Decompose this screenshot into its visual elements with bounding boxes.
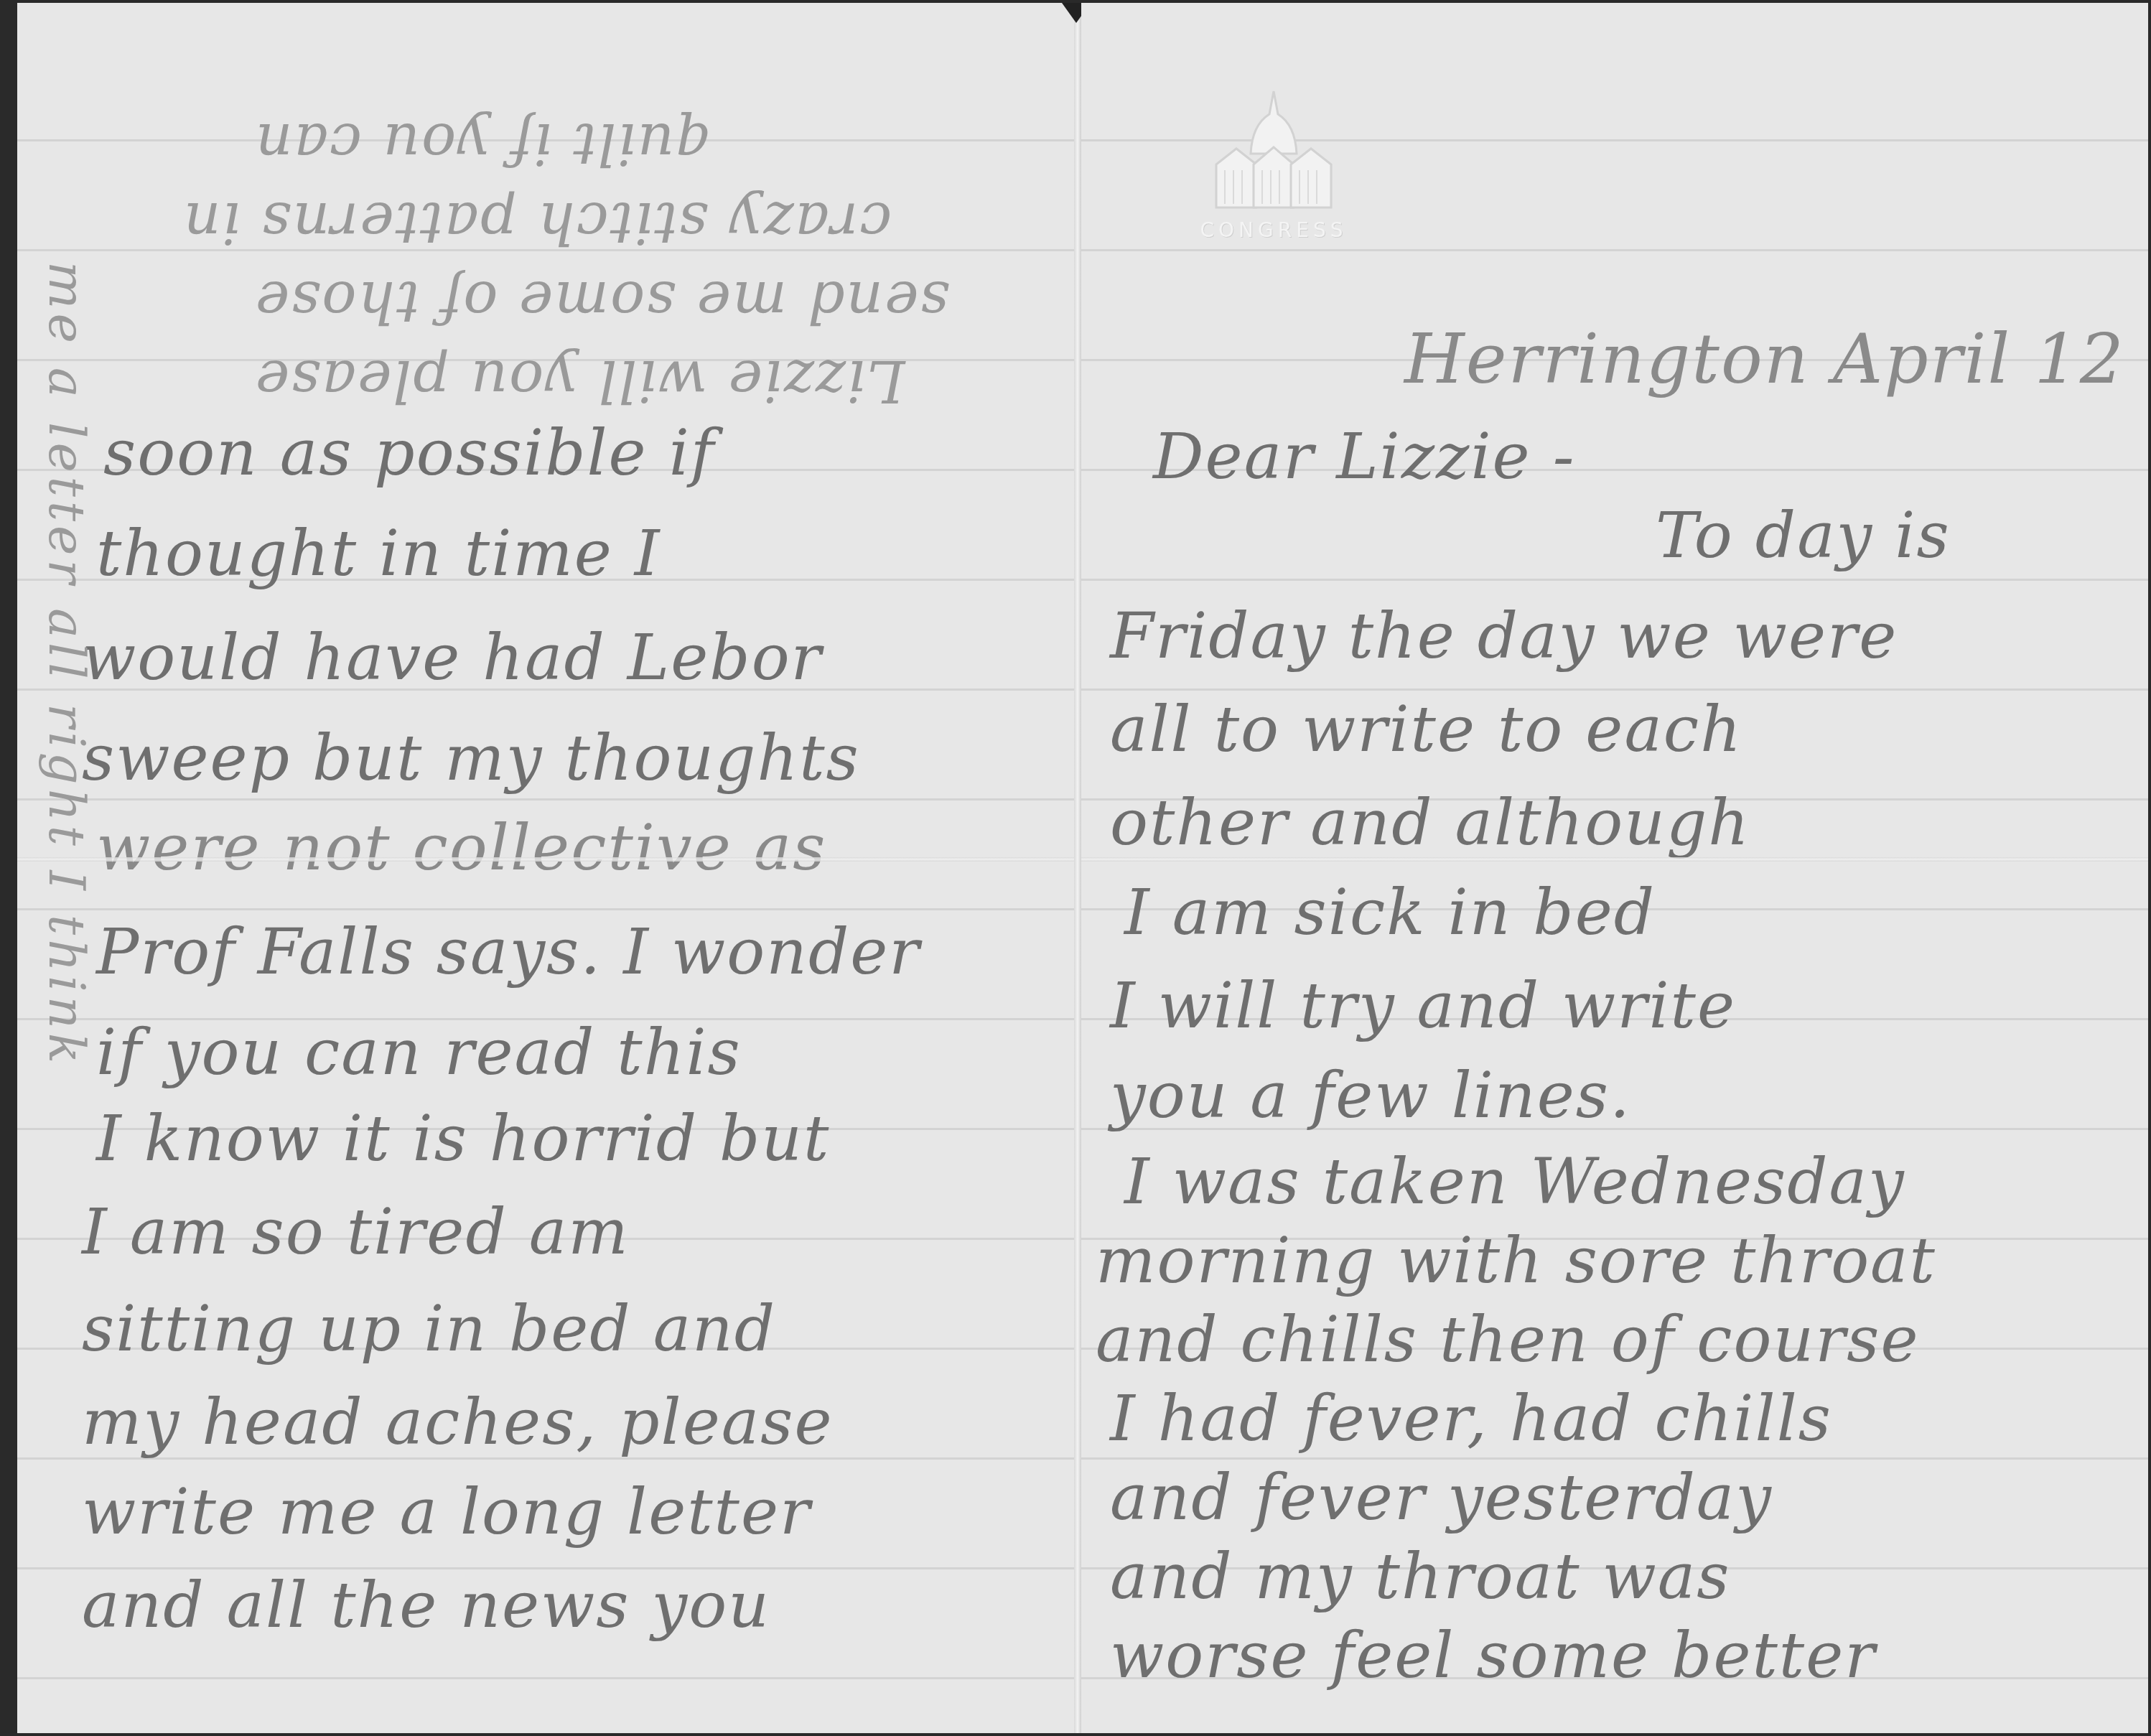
seal-label: CONGRESS <box>1188 218 1360 242</box>
upside-down-line: quilt if you can <box>254 111 712 177</box>
body-line: To day is <box>1656 498 1951 572</box>
body-line: and all the news you <box>82 1568 770 1642</box>
body-line: I know it is horrid but <box>96 1101 830 1175</box>
body-line: thought in time I <box>96 516 661 590</box>
body-line: sitting up in bed and <box>82 1292 776 1366</box>
body-line: my head aches, please <box>82 1385 834 1459</box>
dateline: Herrington April 12 '79 <box>1404 319 2151 399</box>
body-line: worse feel some better <box>1110 1618 1876 1692</box>
body-line: would have had Lebor <box>82 620 823 694</box>
body-line: you a few lines. <box>1110 1058 1631 1132</box>
body-line: if you can read this <box>96 1015 742 1089</box>
horizontal-fold-crease <box>1081 857 2148 862</box>
margin-vertical-text: me a letter all right I think <box>37 261 96 1068</box>
right-page: Herrington April 12 '79 Dear Lizzie - To… <box>1081 3 2148 1733</box>
upside-down-line: Lizzie will you please <box>254 347 905 414</box>
body-line: other and although <box>1110 785 1750 859</box>
body-line: and fever yesterday <box>1110 1460 1773 1534</box>
upside-down-line: send me some of those <box>254 269 949 335</box>
body-line: all to write to each <box>1110 692 1742 766</box>
left-page: quilt if you can crazy stitch patterns i… <box>17 3 1074 1733</box>
body-line: I will try and write <box>1110 969 1736 1042</box>
letter-scan: quilt if you can crazy stitch patterns i… <box>17 3 2148 1733</box>
body-line: write me a long letter <box>82 1475 811 1549</box>
body-line: and my throat was <box>1110 1539 1730 1613</box>
upside-down-line: crazy stitch patterns in <box>182 190 892 256</box>
body-line: Prof Falls says. I wonder <box>96 915 920 989</box>
body-line: and chills then of course <box>1096 1302 1920 1376</box>
body-line: morning with sore throat <box>1096 1223 1936 1297</box>
body-line: I was taken Wednesday <box>1124 1144 1905 1218</box>
horizontal-fold-crease <box>17 857 1074 862</box>
embossed-seal: CONGRESS <box>1188 85 1360 251</box>
center-fold <box>1074 3 1081 1733</box>
body-line: I am sick in bed <box>1124 875 1656 949</box>
body-line: soon as possible if <box>103 416 715 490</box>
body-line: I had fever, had chills <box>1110 1381 1832 1455</box>
body-line: sweep but my thoughts <box>82 721 860 795</box>
body-line: Friday the day we were <box>1110 599 1898 673</box>
body-line: I am so tired am <box>82 1195 630 1269</box>
body-line-collective: were not collective as <box>96 811 826 885</box>
capitol-dome-icon <box>1188 85 1360 222</box>
salutation: Dear Lizzie - <box>1153 419 1575 493</box>
